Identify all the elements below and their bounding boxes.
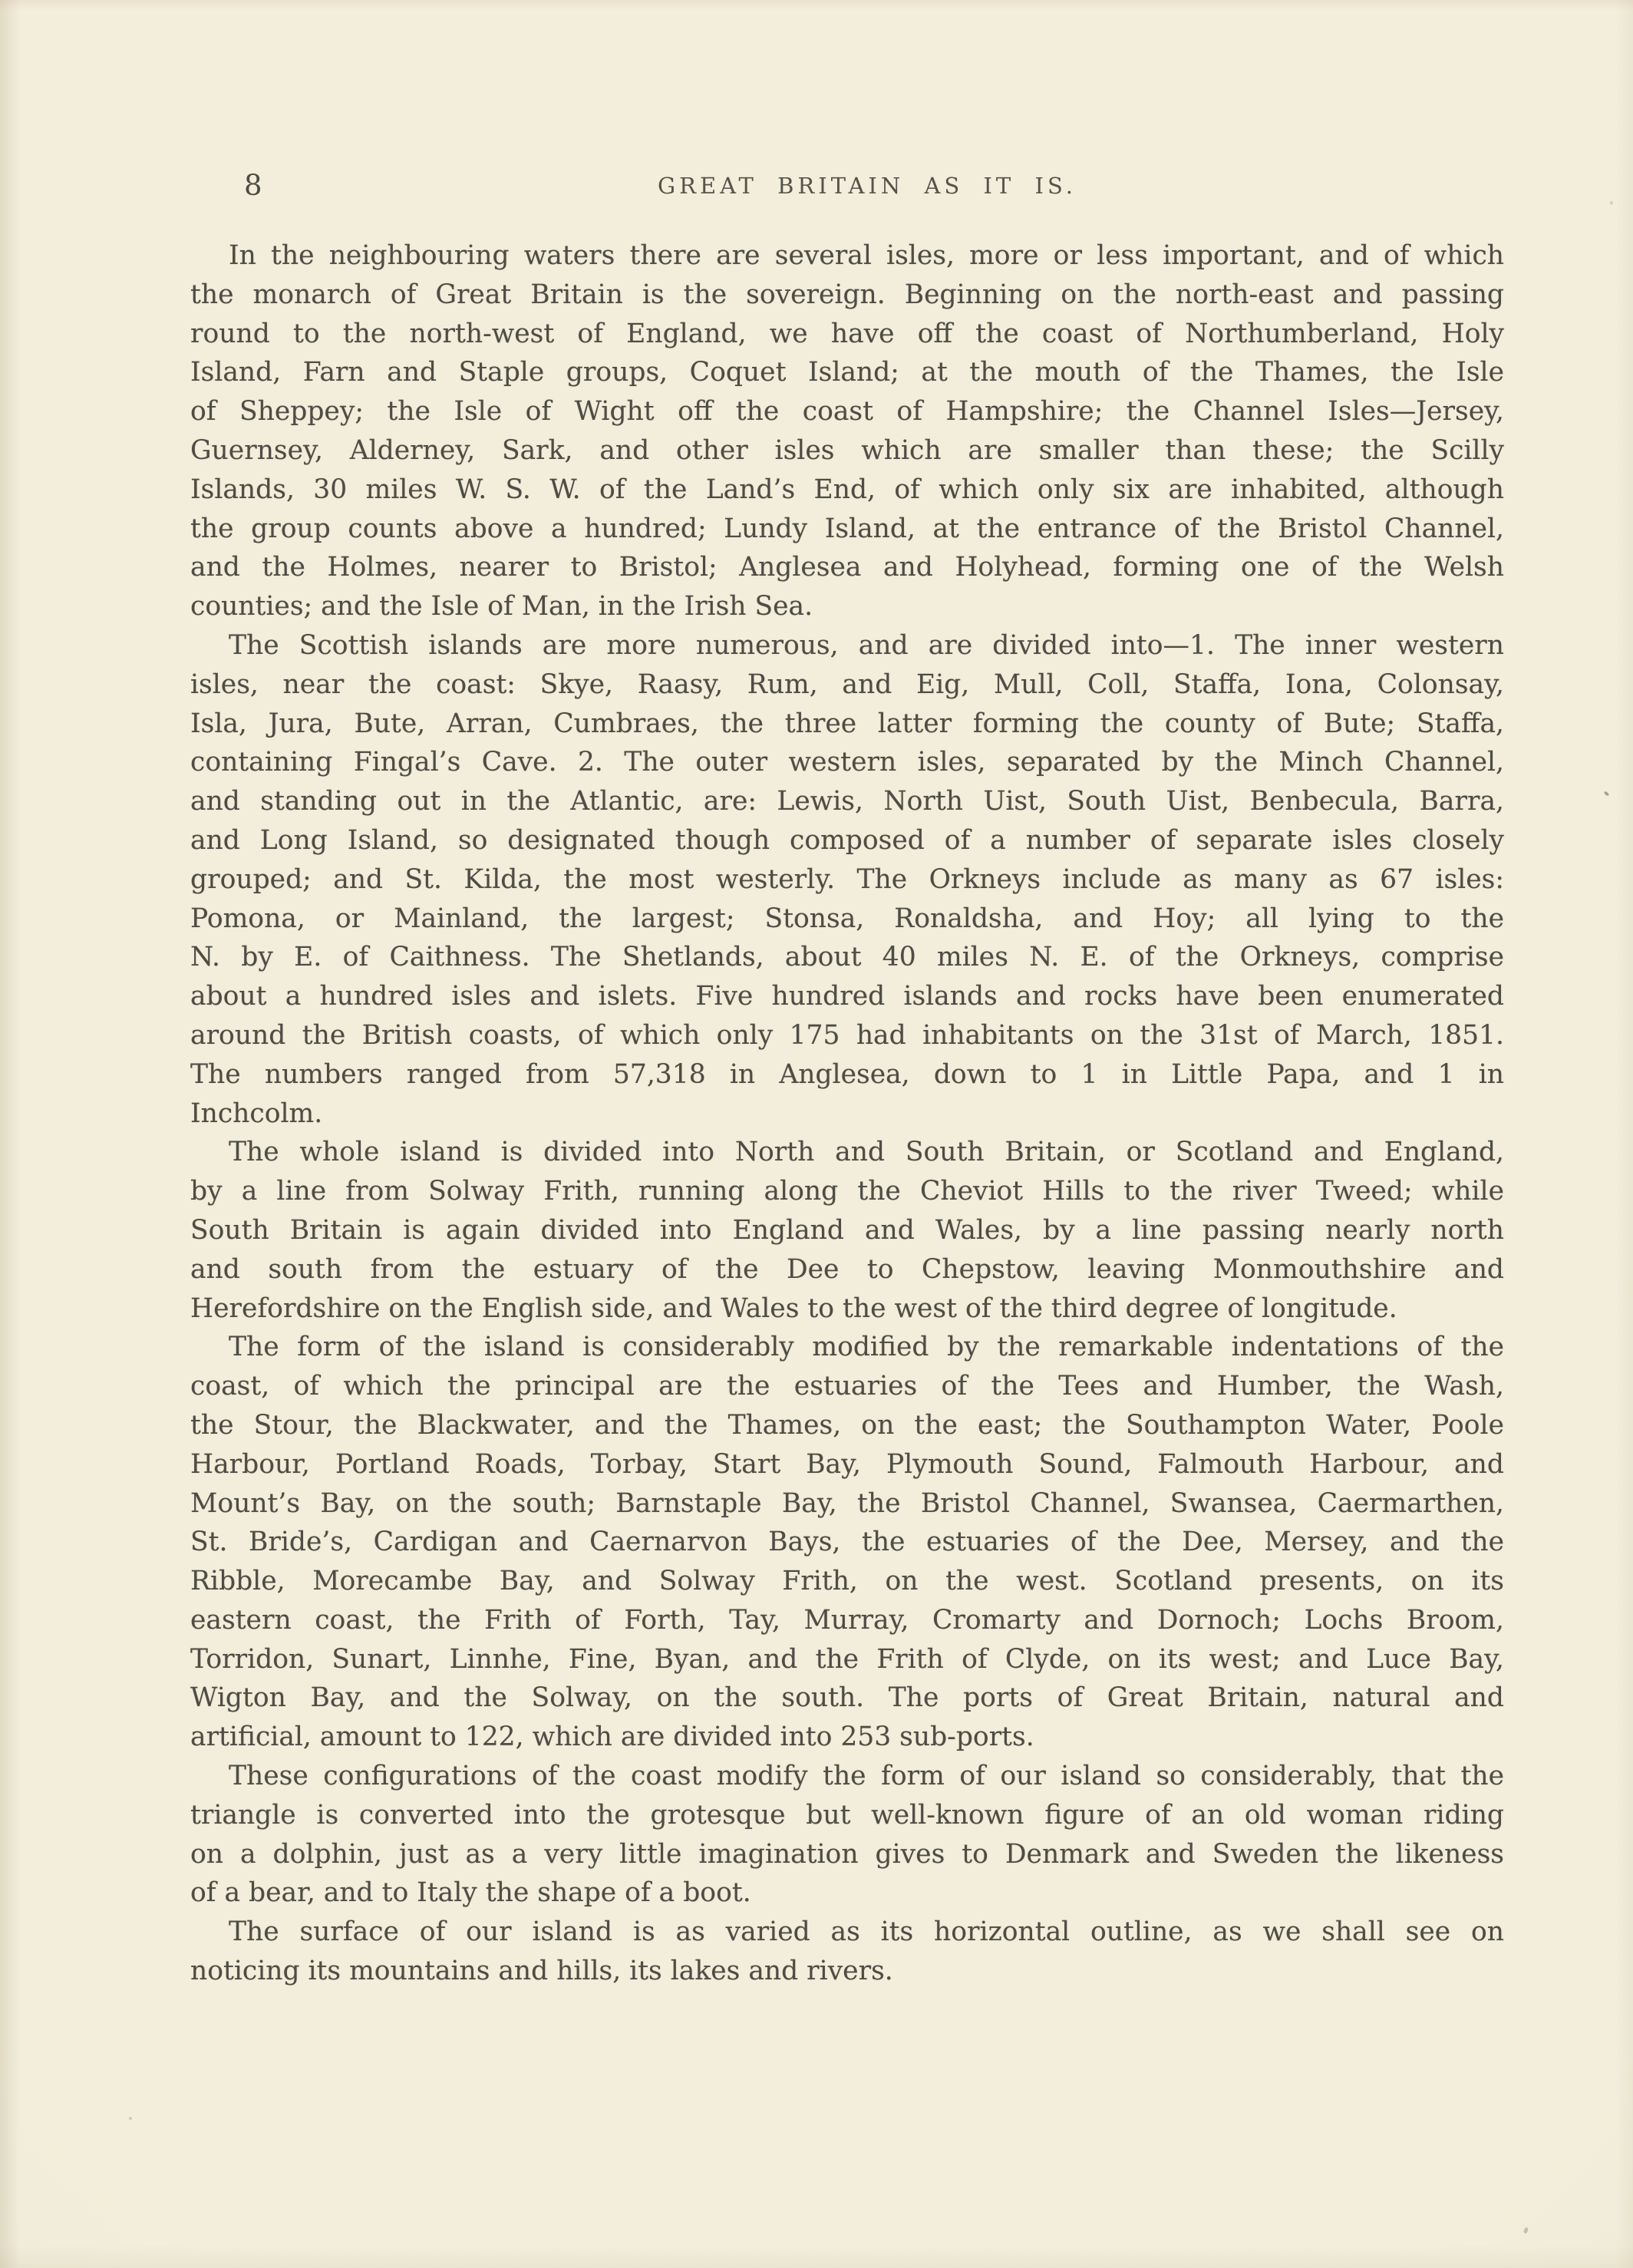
text-line: N. by E. of Caithness. The Shetlands, ab… [190,938,1504,977]
text-line: and south from the estuary of the Dee to… [190,1250,1504,1289]
scan-speck [1610,201,1613,205]
text-line: Ribble, Morecambe Bay, and Solway Frith,… [190,1562,1504,1601]
text-line: Inchcolm. [190,1094,1504,1134]
text-line: Guernsey, Alderney, Sark, and other isle… [190,431,1504,470]
text-line: the group counts above a hundred; Lundy … [190,510,1504,549]
paragraph: The surface of our island is as varied a… [190,1913,1504,1991]
text-line: around the British coasts, of which only… [190,1016,1504,1055]
text-line: The form of the island is considerably m… [190,1328,1504,1367]
text-line: of Sheppey; the Isle of Wight off the co… [190,392,1504,431]
text-line: South Britain is again divided into Engl… [190,1211,1504,1250]
text-line: grouped; and St. Kilda, the most westerl… [190,860,1504,900]
page-header: 8 GREAT BRITAIN AS IT IS. [190,169,1504,207]
paragraph: These configurations of the coast modify… [190,1757,1504,1913]
text-line: Isla, Jura, Bute, Arran, Cumbraes, the t… [190,705,1504,744]
text-line: The surface of our island is as varied a… [190,1913,1504,1952]
text-line: artificial, amount to 122, which are div… [190,1718,1504,1757]
text-line: The Scottish islands are more numerous, … [190,626,1504,665]
text-line: Wigton Bay, and the Solway, on the south… [190,1679,1504,1718]
text-line: the Stour, the Blackwater, and the Thame… [190,1406,1504,1445]
text-line: and the Holmes, nearer to Bristol; Angle… [190,548,1504,587]
text-line: Mount’s Bay, on the south; Barnstaple Ba… [190,1484,1504,1524]
text-line: eastern coast, the Frith of Forth, Tay, … [190,1601,1504,1640]
text-line: coast, of which the principal are the es… [190,1367,1504,1406]
text-line: The numbers ranged from 57,318 in Angles… [190,1055,1504,1094]
text-line: Island, Farn and Staple groups, Coquet I… [190,353,1504,392]
text-line: of a bear, and to Italy the shape of a b… [190,1873,1504,1913]
scan-speck [1523,2227,1529,2233]
paragraph: The Scottish islands are more numerous, … [190,626,1504,1133]
text-line: on a dolphin, just as a very little imag… [190,1835,1504,1874]
paragraph: The form of the island is considerably m… [190,1328,1504,1757]
text-line: Pomona, or Mainland, the largest; Stonsa… [190,900,1504,939]
text-line: noticing its mountains and hills, its la… [190,1952,1504,1991]
text-line: and standing out in the Atlantic, are: L… [190,782,1504,821]
text-line: In the neighbouring waters there are sev… [190,236,1504,276]
text-line: the monarch of Great Britain is the sove… [190,276,1504,315]
text-line: Harbour, Portland Roads, Torbay, Start B… [190,1445,1504,1484]
text-line: counties; and the Isle of Man, in the Ir… [190,587,1504,626]
text-line: Torridon, Sunart, Linnhe, Fine, Byan, an… [190,1640,1504,1679]
text-line: isles, near the coast: Skye, Raasy, Rum,… [190,665,1504,705]
scan-speck [129,2117,132,2120]
paragraph: In the neighbouring waters there are sev… [190,236,1504,626]
text-line: containing Fingal’s Cave. 2. The outer w… [190,743,1504,782]
running-title: GREAT BRITAIN AS IT IS. [210,173,1524,199]
text-line: The whole island is divided into North a… [190,1133,1504,1172]
text-line: triangle is converted into the grotesque… [190,1796,1504,1835]
text-line: St. Bride’s, Cardigan and Caernarvon Bay… [190,1523,1504,1562]
body-text: In the neighbouring waters there are sev… [190,236,1504,1991]
text-line: Herefordshire on the English side, and W… [190,1289,1504,1329]
text-line: by a line from Solway Frith, running alo… [190,1172,1504,1211]
scan-speck [1604,791,1610,797]
text-line: about a hundred isles and islets. Five h… [190,977,1504,1016]
book-page-scan: 8 GREAT BRITAIN AS IT IS. In the neighbo… [0,0,1633,2268]
text-line: and Long Island, so designated though co… [190,821,1504,860]
paragraph: The whole island is divided into North a… [190,1133,1504,1328]
text-line: These configurations of the coast modify… [190,1757,1504,1796]
text-line: round to the north-west of England, we h… [190,315,1504,354]
text-line: Islands, 30 miles W. S. W. of the Land’s… [190,470,1504,510]
